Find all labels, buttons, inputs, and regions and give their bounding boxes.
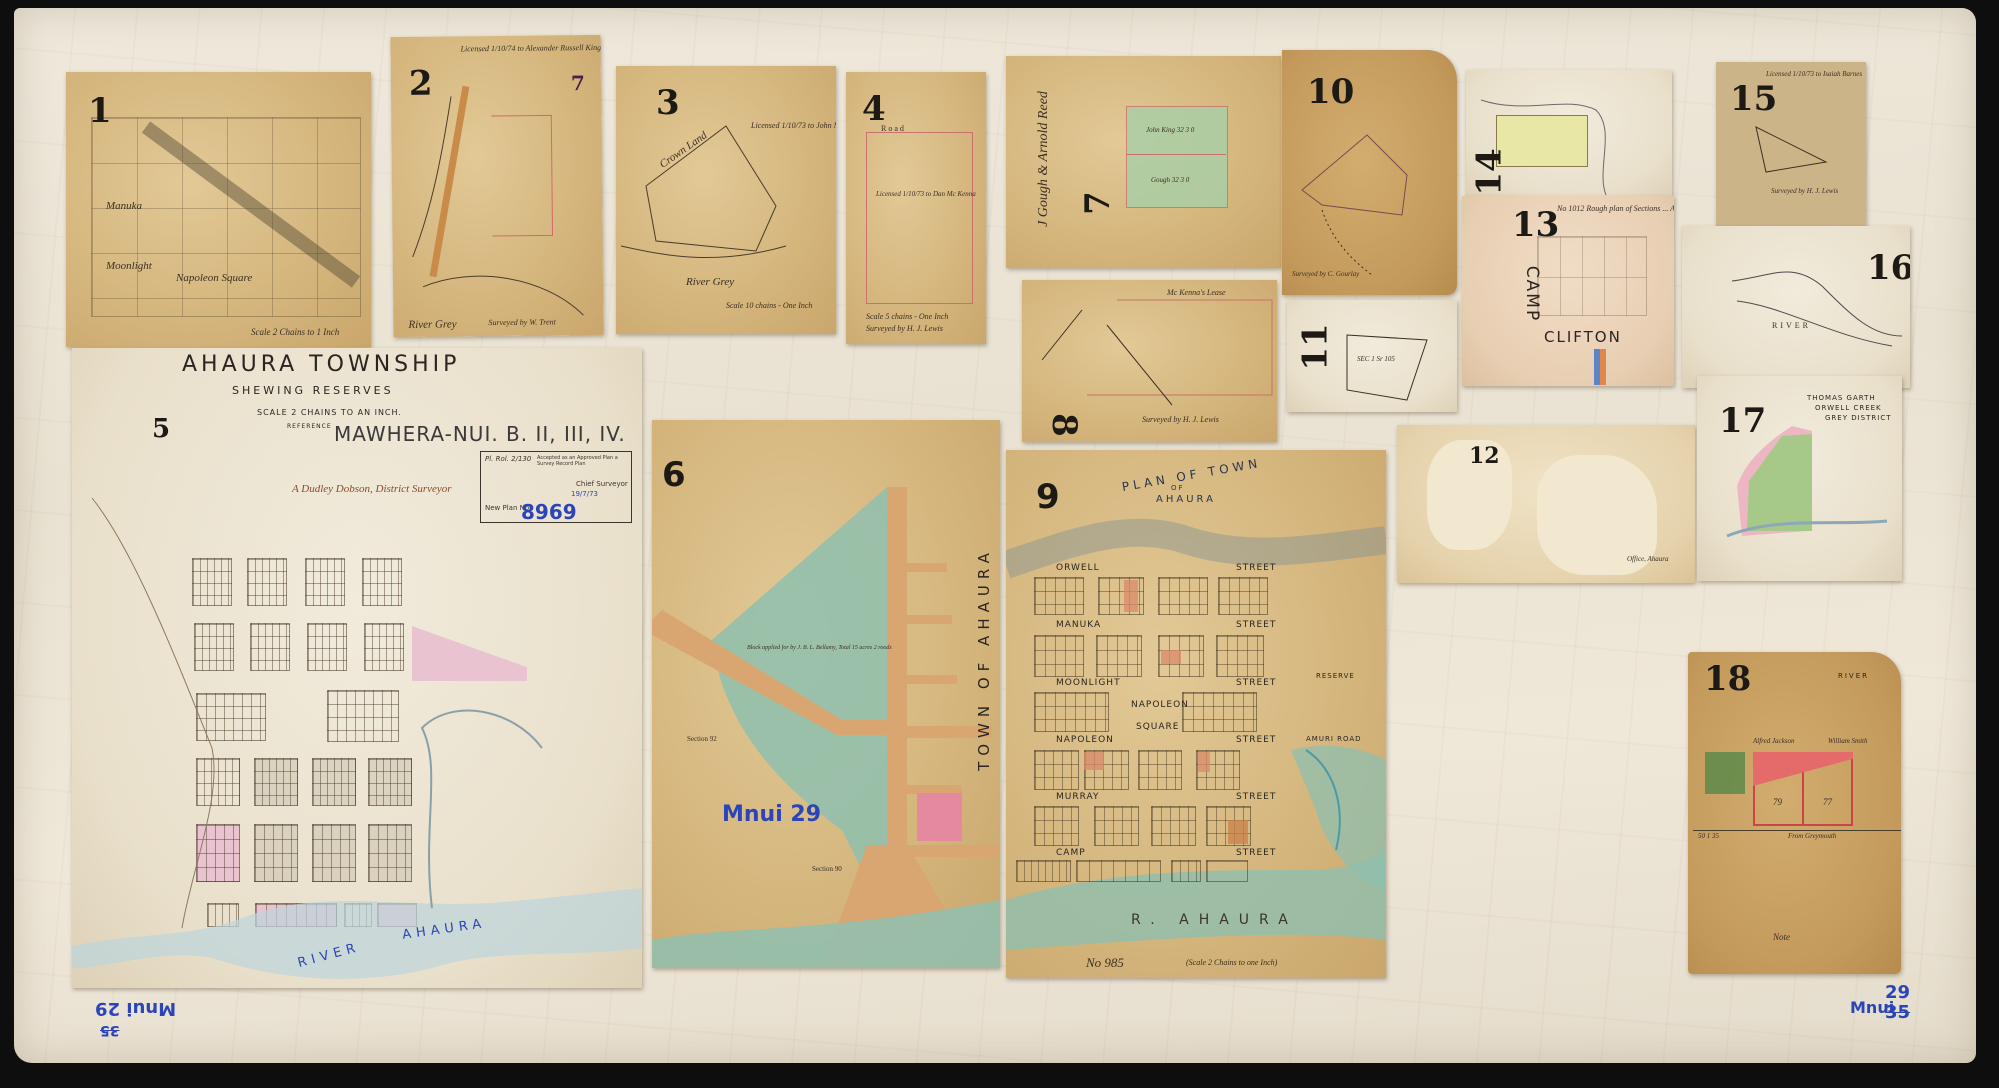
section-number: 79 bbox=[1773, 797, 1782, 807]
lease-boundary bbox=[866, 132, 973, 304]
river-label: River Grey bbox=[408, 318, 456, 331]
street-label: STREET bbox=[1236, 792, 1276, 802]
lot-block bbox=[1034, 635, 1084, 677]
road-label: From Greymouth bbox=[1788, 832, 1836, 840]
archive-stamp-right-struck: 35 bbox=[1885, 1002, 1910, 1023]
sheet-number: 13 bbox=[1512, 208, 1559, 242]
amuri-road-label: AMURI ROAD bbox=[1306, 735, 1362, 743]
applicant-names: J Gough & Arnold Reed bbox=[1036, 91, 1052, 227]
lease-block-green bbox=[1126, 106, 1228, 208]
section-number: 77 bbox=[1823, 797, 1832, 807]
street-label: STREET bbox=[1236, 563, 1276, 573]
section-label: Section 90 bbox=[812, 865, 842, 873]
river-label: R. AHAURA bbox=[1131, 912, 1298, 928]
plan-sheet-17: 17 THOMAS GARTH ORWELL CREEK GREY DISTRI… bbox=[1697, 376, 1902, 581]
town-of-ahaura-plan bbox=[652, 420, 1000, 968]
stamp-number: 29 bbox=[95, 998, 120, 1019]
plan-sheet-12: 12 Office, Ahaura bbox=[1397, 425, 1695, 583]
surveyor-note: Surveyed by H. J. Lewis bbox=[1771, 187, 1838, 195]
square-label: Napoleon Square bbox=[176, 272, 252, 284]
plan-sheet-13: 13 CAMP CLIFTON No 1012 Rough plan of Se… bbox=[1462, 196, 1674, 386]
stamp-prefix: Mnui bbox=[126, 998, 176, 1019]
owner-label: William Smith bbox=[1828, 737, 1867, 745]
marked-lot bbox=[1228, 820, 1248, 844]
sheet-mark: 7 bbox=[571, 73, 585, 93]
marked-lot bbox=[1124, 580, 1138, 612]
stamp-number: 29 bbox=[1885, 982, 1910, 1003]
dray-road bbox=[1693, 830, 1901, 831]
plan-number: No 985 bbox=[1086, 955, 1124, 971]
street-napoleon: NAPOLEON bbox=[1056, 735, 1114, 745]
lot-block bbox=[1034, 692, 1109, 732]
river-label: River Grey bbox=[686, 276, 734, 288]
plan-sheet-7: 7 J Gough & Arnold Reed John King 32 3 0… bbox=[1006, 56, 1281, 268]
sheet-number: 12 bbox=[1469, 445, 1500, 467]
sheet-number: 6 bbox=[662, 458, 686, 492]
street-manuka: MANUKA bbox=[1056, 620, 1101, 630]
plan-sheet-18: 18 RIVER Alfred Jackson William Smith 79… bbox=[1688, 652, 1901, 974]
sheet-number: 17 bbox=[1719, 404, 1766, 438]
plan-note: No 1012 Rough plan of Sections ... Ahaur… bbox=[1557, 204, 1674, 213]
lease-divider bbox=[1126, 154, 1226, 155]
lot-block bbox=[1096, 635, 1142, 677]
sheet-number: 16 bbox=[1867, 251, 1910, 285]
marked-lot bbox=[1161, 650, 1181, 664]
lot-block bbox=[1076, 860, 1161, 882]
street-camp: CAMP bbox=[1522, 266, 1542, 322]
archive-stamp-right-number: 29 bbox=[1885, 982, 1910, 1003]
street-orwell: ORWELL bbox=[1056, 563, 1100, 573]
archive-stamp-left: Mnui 29 bbox=[95, 998, 176, 1019]
sheet-number: 9 bbox=[1036, 480, 1060, 514]
lot-block bbox=[1151, 806, 1196, 846]
surveyor-note: Surveyed by W. Trent bbox=[488, 317, 555, 327]
plot-label: Gough 32 3 0 bbox=[1151, 176, 1189, 184]
lot-block bbox=[1218, 577, 1268, 615]
note-heading: Note bbox=[1773, 932, 1790, 942]
creek-label: ORWELL CREEK bbox=[1815, 404, 1882, 412]
street-moonlight: MOONLIGHT bbox=[1056, 678, 1121, 688]
road-label: 50 1 35 bbox=[1698, 832, 1719, 840]
owner-label: Alfred Jackson bbox=[1753, 737, 1795, 745]
licence-note: Licensed 1/10/73 to John Mc Gill bbox=[751, 121, 836, 130]
napoleon-square-label: SQUARE bbox=[1136, 722, 1179, 732]
licence-note: Licensed 1/10/73 to Isaiah Barnes bbox=[1766, 70, 1862, 78]
plan-sheet-16: 16 RIVER bbox=[1682, 226, 1910, 388]
lease-label: Mc Kenna's Lease bbox=[1167, 288, 1226, 297]
scale-note: Scale 5 chains - One Inch bbox=[866, 312, 948, 321]
lot-block bbox=[1034, 806, 1079, 846]
colored-lot-orange bbox=[1600, 349, 1606, 385]
sheet-number: 3 bbox=[656, 86, 680, 120]
street-label: Moonlight bbox=[106, 260, 152, 272]
plan-title-line-2: OF bbox=[1171, 484, 1185, 492]
scale-note: Scale 10 chains - One Inch bbox=[726, 301, 812, 310]
block-applied-note: Block applied for by J. B. L. Bellamy, T… bbox=[747, 645, 892, 651]
government-reserve bbox=[917, 793, 962, 841]
lot-block bbox=[1094, 806, 1139, 846]
sheet-number: 11 bbox=[1299, 323, 1333, 370]
scale-note: (Scale 2 Chains to one Inch) bbox=[1186, 958, 1277, 967]
street-label: STREET bbox=[1236, 678, 1276, 688]
plan-sheet-5: AHAURA TOWNSHIP SHEWING RESERVES SCALE 2… bbox=[72, 348, 642, 988]
plan-sheet-6: 6 TOWN OF AHAURA Block applied for by J.… bbox=[652, 420, 1000, 968]
street-label: Manuka bbox=[106, 200, 142, 212]
street-label: STREET bbox=[1236, 620, 1276, 630]
applicant-label: THOMAS GARTH bbox=[1807, 394, 1876, 402]
sheet-number: 8 bbox=[1047, 413, 1081, 437]
lot-block bbox=[1158, 577, 1208, 615]
river-label: RIVER bbox=[1772, 321, 1811, 330]
reserve-label: RESERVE bbox=[1316, 672, 1355, 680]
licence-note: Licensed 1/10/74 to Alexander Russell Ki… bbox=[461, 43, 602, 53]
office-note: Office, Ahaura bbox=[1627, 555, 1668, 563]
plan-sheet-1: 1 Manuka Moonlight Napoleon Square Scale… bbox=[66, 72, 371, 347]
sheet-number: 10 bbox=[1307, 75, 1354, 109]
sheet-number: 18 bbox=[1704, 662, 1751, 696]
marked-lot bbox=[1084, 752, 1104, 770]
surveyor-note: Surveyed by H. J. Lewis bbox=[866, 324, 943, 333]
lot-block bbox=[1182, 692, 1257, 732]
street-label: STREET bbox=[1236, 848, 1276, 858]
street-clifton: CLIFTON bbox=[1544, 328, 1622, 346]
licence-note: Licensed 1/10/73 to Dan Mc Kenna bbox=[876, 190, 976, 198]
plan-sheet-9: 9 PLAN OF TOWN OF AHAURA ORWELL STREET M… bbox=[1006, 450, 1386, 978]
town-label: TOWN OF AHAURA bbox=[975, 547, 993, 771]
plan-sheet-4: 4 Road Licensed 1/10/73 to Dan Mc Kenna … bbox=[846, 72, 986, 344]
boundary-lines bbox=[616, 66, 836, 334]
district-label: GREY DISTRICT bbox=[1825, 414, 1891, 422]
lot-block bbox=[1171, 860, 1201, 882]
stamp-struck-number: 35 bbox=[100, 1022, 119, 1038]
plan-sheet-2: 2 7 Licensed 1/10/74 to Alexander Russel… bbox=[390, 35, 603, 337]
stamp-struck-number: 35 bbox=[1885, 1002, 1910, 1023]
lot-grid bbox=[1537, 236, 1647, 316]
plan-sheet-14: 14 bbox=[1466, 70, 1672, 197]
napoleon-square-label: NAPOLEON bbox=[1131, 700, 1189, 710]
lot-block bbox=[1138, 750, 1182, 790]
section-label: SEC 1 Sr 105 bbox=[1357, 355, 1395, 363]
road-label: Road bbox=[881, 124, 906, 133]
surveyor-note: Surveyed by C. Gourlay bbox=[1292, 270, 1359, 278]
plan-sheet-15: 15 Licensed 1/10/73 to Isaiah Barnes Sur… bbox=[1716, 62, 1866, 237]
archive-stamp-mnui-29: Mnui 29 bbox=[722, 802, 821, 827]
river-label: RIVER bbox=[1838, 672, 1869, 680]
plan-sheet-11: 11 SEC 1 Sr 105 bbox=[1287, 300, 1457, 412]
street-murray: MURRAY bbox=[1056, 792, 1099, 802]
lot-block bbox=[1206, 860, 1248, 882]
plot-label: John King 32 3 0 bbox=[1146, 126, 1194, 134]
river-ahaura bbox=[72, 348, 642, 988]
lot-block bbox=[1216, 635, 1264, 677]
scale-note: Scale 2 Chains to 1 Inch bbox=[251, 327, 339, 337]
plan-sheet-10: 10 Surveyed by C. Gourlay bbox=[1282, 50, 1457, 295]
sheet-number: 7 bbox=[1081, 191, 1115, 215]
lot-block bbox=[1034, 750, 1079, 790]
sheet-number: 15 bbox=[1730, 82, 1777, 116]
lot-block bbox=[1016, 860, 1071, 882]
sheet-number: 14 bbox=[1473, 148, 1507, 195]
sheet-number: 1 bbox=[88, 94, 112, 128]
section-label: Section 92 bbox=[687, 735, 717, 743]
plan-title-line-3: AHAURA bbox=[1156, 494, 1216, 505]
plan-sheet-3: 3 Crown Land Licensed 1/10/73 to John Mc… bbox=[616, 66, 836, 334]
street-camp: CAMP bbox=[1056, 848, 1086, 858]
surveyor-note: Surveyed by H. J. Lewis bbox=[1142, 415, 1219, 424]
lot-block bbox=[1034, 577, 1084, 615]
marked-lot bbox=[1198, 752, 1210, 772]
street-label: STREET bbox=[1236, 735, 1276, 745]
sheet-number: 2 bbox=[409, 67, 433, 101]
green-section bbox=[1705, 752, 1745, 794]
plan-sheet-8: 8 Mc Kenna's Lease Surveyed by H. J. Lew… bbox=[1022, 280, 1277, 442]
sheet-number: 4 bbox=[862, 92, 886, 126]
archive-stamp-left-struck: 35 bbox=[100, 1022, 119, 1038]
